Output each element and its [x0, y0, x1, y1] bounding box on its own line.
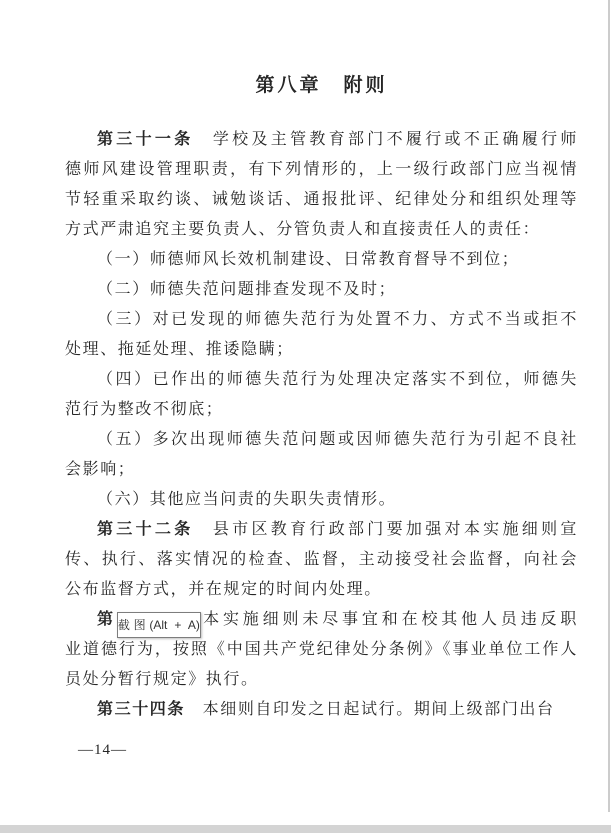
text-line: 第三十二条 县市区教育行政部门要加强对本实施细则宣: [65, 515, 578, 545]
text-line: 第截图(Alt + A)本实施细则未尽事宜和在校其他人员违反职: [65, 605, 578, 635]
article-number: 第三十四条: [97, 701, 185, 718]
text-line: 员处分暂行规定》执行。: [65, 665, 578, 695]
text-line: 会影响；: [65, 455, 578, 485]
horizontal-scrollbar[interactable]: [0, 825, 611, 833]
text-line: 德师风建设管理职责，有下列情形的，上一级行政部门应当视情: [65, 155, 578, 185]
text-line: 第三十一条 学校及主管教育部门不履行或不正确履行师: [65, 125, 578, 155]
text-line: （一）师德师风长效机制建设、日常教育督导不到位；: [65, 245, 578, 275]
text-line: 处理、拖延处理、推诿隐瞒；: [65, 335, 578, 365]
text-line: 传、执行、落实情况的检查、监督，主动接受社会监督，向社会: [65, 545, 578, 575]
text-line: 节轻重采取约谈、诫勉谈话、通报批评、纪律处分和组织处理等: [65, 185, 578, 215]
article-number: 第三十二条: [97, 521, 194, 538]
text-line: （六）其他应当问责的失职失责情形。: [65, 485, 578, 515]
text-line: 业道德行为，按照《中国共产党纪律处分条例》《事业单位工作人: [65, 635, 578, 665]
text-line: （五）多次出现师德失范问题或因师德失范行为引起不良社: [65, 425, 578, 455]
text-line: 公布监督方式，并在规定的时间内处理。: [65, 575, 578, 605]
page-edge-divider: [608, 0, 610, 812]
text-line: 第三十四条 本细则自印发之日起试行。期间上级部门出台: [65, 695, 578, 725]
text-line: （三）对已发现的师德失范行为处置不力、方式不当或拒不: [65, 305, 578, 335]
chapter-heading: 第八章 附则: [65, 74, 578, 98]
text-line: 范行为整改不彻底；: [65, 395, 578, 425]
page-number: —14—: [78, 740, 127, 760]
text-line: 方式严肃追究主要负责人、分管负责人和直接责任人的责任：: [65, 215, 578, 245]
document-page: 第八章 附则 第三十一条 学校及主管教育部门不履行或不正确履行师德师风建设管理职…: [0, 0, 611, 833]
document-body: 第三十一条 学校及主管教育部门不履行或不正确履行师德师风建设管理职责，有下列情形…: [65, 125, 578, 725]
article-number: 第: [97, 611, 117, 628]
article-number: 第三十一条: [97, 131, 194, 148]
text-line: （二）师德失范问题排查发现不及时；: [65, 275, 578, 305]
text-line: （四）已作出的师德失范行为处理决定落实不到位，师德失: [65, 365, 578, 395]
